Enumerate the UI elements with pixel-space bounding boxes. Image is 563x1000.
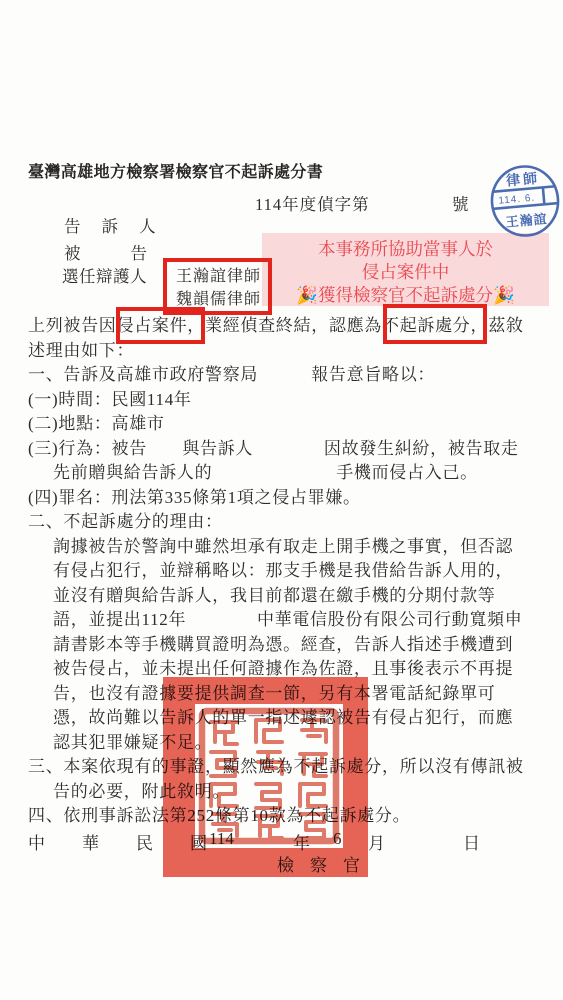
- body-line: 請書影本等手機購買證明為憑。經查，告訴人指述手機遭到: [53, 630, 513, 652]
- body-line: 詢據被告於警詢中雖然坦承有取走上開手機之事實，但否認: [53, 532, 513, 554]
- case-number-suffix: 號: [452, 191, 469, 215]
- document-page: 臺灣高雄地方檢察署檢察官不起訴處分書 114年度偵字第 號 告訴人 被告 選任辯…: [0, 0, 563, 1000]
- date-day-unit: 日: [463, 829, 480, 854]
- body-line: (一)時間：民國114年: [28, 385, 192, 407]
- body-line: 二、不起訴處分的理由：: [28, 507, 223, 529]
- official-seal-stamp: [197, 706, 341, 846]
- body-line: 一、告訴及高雄市政府警察局 報告意旨略以：: [28, 360, 435, 382]
- stamp-role-text: 律師: [505, 170, 540, 190]
- firm-note-line-1: 本事務所協助當事人於: [262, 238, 549, 261]
- highlight-box-case-type: [116, 307, 205, 344]
- document-title: 臺灣高雄地方檢察署檢察官不起訴處分書: [28, 159, 323, 182]
- body-line: (四)罪名：刑法第335條第1項之侵占罪嫌。: [28, 483, 361, 505]
- body-line: 語，並提出112年 中華電信股份有限公司行動寬頻申: [53, 605, 522, 627]
- case-number-prefix: 114年度偵字第: [255, 191, 370, 215]
- highlight-box-disposition: [383, 304, 487, 344]
- body-line: 有侵占犯行，並辯稱略以：那支手機是我借給告訴人用的，: [53, 556, 513, 578]
- counsel-label: 選任辯護人: [62, 263, 147, 287]
- body-line: 被告侵占，並未提出任何證據作為佐證，且事後表示不再提: [53, 654, 513, 676]
- body-line: (三)行為：被告 與告訴人 因故發生糾紛，被告取走: [28, 434, 519, 456]
- firm-note-box: 本事務所協助當事人於 侵占案件中 🎉獲得檢察官不起訴處分🎉: [262, 233, 549, 306]
- stamp-name-text: 王瀚誼: [505, 211, 548, 230]
- lawyer-round-stamp: 律師 114. 6. 王瀚誼: [486, 161, 563, 241]
- body-line: 先前贈與給告訴人的 手機而侵占入己。: [53, 458, 478, 480]
- body-line: (二)地點：高雄市: [28, 409, 165, 431]
- complainant-label: 告訴人: [64, 213, 177, 237]
- firm-note-line-2: 侵占案件中: [262, 261, 549, 284]
- body-line: 並沒有贈與給告訴人，我目前都還在繳手機的分期付款等: [53, 581, 496, 603]
